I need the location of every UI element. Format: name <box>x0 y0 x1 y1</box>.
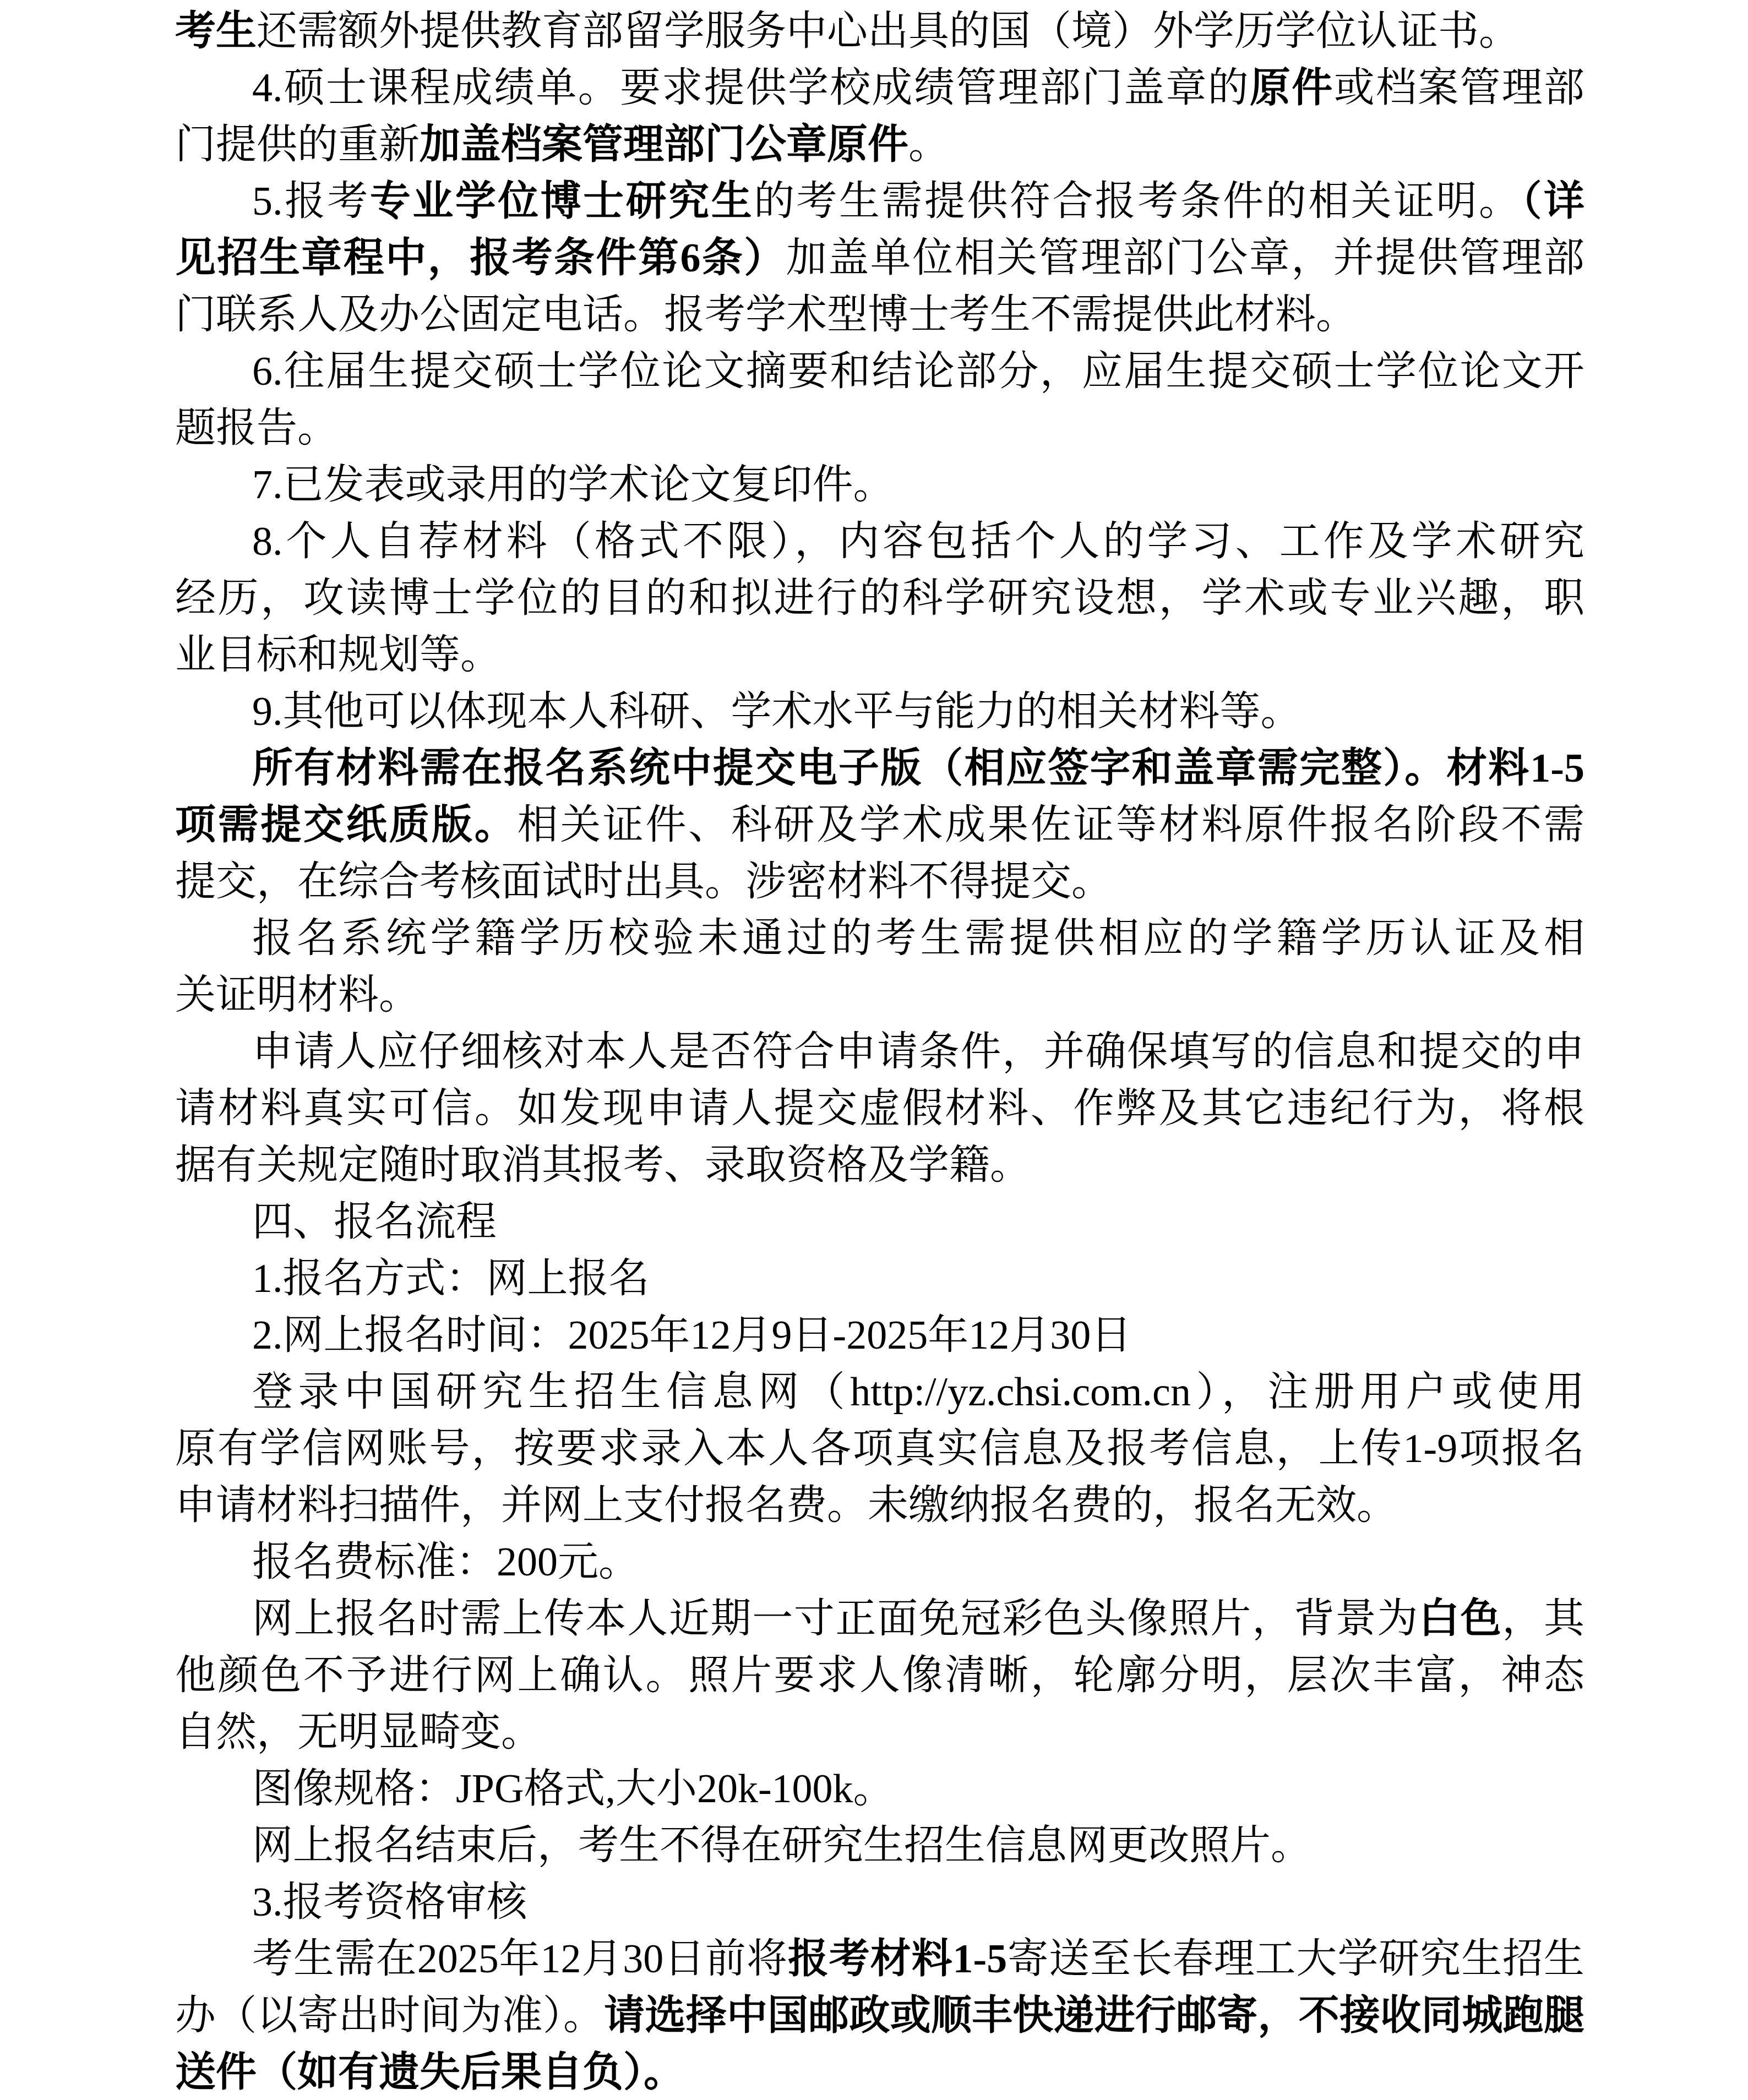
text-run: 7.已发表或录用的学术论文复印件。 <box>252 462 894 508</box>
text-run: 据有关规定随时取消其报考、录取资格及学籍。 <box>175 1143 1031 1188</box>
bold-text-run: 项需提交纸质版。 <box>175 803 518 848</box>
text-run: 关证明材料。 <box>175 973 420 1018</box>
text-line: 他颜色不予进行网上确认。照片要求人像清晰，轮廓分明，层次丰富，神态 <box>175 1648 1584 1704</box>
text-run: 自然，无明显畸变。 <box>175 1710 542 1755</box>
text-line: 1.报名方式：网上报名 <box>175 1251 1584 1307</box>
text-line: 原有学信网账号，按要求录入本人各项真实信息及报考信息，上传1-9项报名 <box>175 1421 1584 1477</box>
text-line: 项需提交纸质版。相关证件、科研及学术成果佐证等材料原件报名阶段不需 <box>175 797 1584 854</box>
text-run: 网上报名时需上传本人近期一寸正面免冠彩色头像照片，背景为 <box>252 1596 1419 1641</box>
text-run: 提交，在综合考核面试时出具。涉密材料不得提交。 <box>175 859 1112 904</box>
text-line: 7.已发表或录用的学术论文复印件。 <box>175 457 1584 514</box>
bold-text-run: 专业学位博士研究生 <box>370 179 754 224</box>
bold-text-run: 请选择中国邮政或顺丰快递进行邮寄，不接收同城跑腿 <box>604 1993 1584 2038</box>
text-line: 8.个人自荐材料（格式不限），内容包括个人的学习、工作及学术研究 <box>175 514 1584 570</box>
text-run: 门提供的重新 <box>175 122 420 167</box>
text-run: 4.硕士课程成绩单。要求提供学校成绩管理部门盖章的 <box>252 66 1250 111</box>
text-line: 图像规格：JPG格式,大小20k-100k。 <box>175 1761 1584 1818</box>
text-run: 业目标和规划等。 <box>175 632 501 678</box>
text-run: 经历，攻读博士学位的目的和拟进行的科学研究设想，学术或专业兴趣，职 <box>175 576 1584 621</box>
text-run: 门联系人及办公固定电话。报考学术型博士考生不需提供此材料。 <box>175 292 1357 337</box>
text-run: 9.其他可以体现本人科研、学术水平与能力的相关材料等。 <box>252 689 1302 734</box>
text-run: 四、报名流程 <box>252 1199 497 1245</box>
bold-text-run: （详 <box>1522 179 1584 224</box>
text-line: 3.报考资格审核 <box>175 1874 1584 1931</box>
text-run: 还需额外提供教育部留学服务中心出具的国（境）外学历学位认证书。 <box>257 9 1520 54</box>
bold-text-run: 原件 <box>1250 66 1334 111</box>
text-line: 题报告。 <box>175 400 1584 457</box>
text-run: 题报告。 <box>175 406 338 451</box>
text-line: 报名系统学籍学历校验未通过的考生需提供相应的学籍学历认证及相 <box>175 910 1584 967</box>
text-run: 申请材料扫描件，并网上支付报名费。未缴纳报名费的，报名无效。 <box>175 1483 1397 1528</box>
text-line: 申请材料扫描件，并网上支付报名费。未缴纳报名费的，报名无效。 <box>175 1477 1584 1534</box>
text-line: 6.往届生提交硕士学位论文摘要和结论部分，应届生提交硕士学位论文开 <box>175 343 1584 400</box>
text-run: 原有学信网账号，按要求录入本人各项真实信息及报考信息，上传1-9项报名 <box>175 1426 1584 1471</box>
text-run: 或档案管理部 <box>1334 66 1584 111</box>
text-line: 申请人应仔细核对本人是否符合申请条件，并确保填写的信息和提交的申 <box>175 1024 1584 1081</box>
bold-text-run: 加盖档案管理部门公章原件 <box>420 122 908 167</box>
text-line: 所有材料需在报名系统中提交电子版（相应签字和盖章需完整）。材料1-5 <box>175 740 1584 797</box>
text-line: 送件（如有遗失后果自负）。 <box>175 2044 1584 2100</box>
text-line: 9.其他可以体现本人科研、学术水平与能力的相关材料等。 <box>175 684 1584 740</box>
text-run: 1.报名方式：网上报名 <box>252 1256 650 1301</box>
text-line: 四、报名流程 <box>175 1194 1584 1251</box>
text-run: 他颜色不予进行网上确认。照片要求人像清晰，轮廓分明，层次丰富，神态 <box>175 1653 1584 1698</box>
text-run: 办（以寄出时间为准）。 <box>175 1993 604 2038</box>
text-run: 图像规格：JPG格式,大小20k-100k。 <box>252 1766 894 1812</box>
text-line: 网上报名结束后，考生不得在研究生招生信息网更改照片。 <box>175 1818 1584 1874</box>
text-line: 5.报考专业学位博士研究生的考生需提供符合报考条件的相关证明。（详 <box>175 173 1584 230</box>
text-line: 业目标和规划等。 <box>175 627 1584 684</box>
bold-text-run: 白色 <box>1419 1596 1502 1641</box>
text-run: ，其 <box>1502 1596 1584 1641</box>
text-run: 寄送至长春理工大学研究生招生 <box>1007 1937 1584 1982</box>
text-line: 4.硕士课程成绩单。要求提供学校成绩管理部门盖章的原件或档案管理部 <box>175 60 1584 117</box>
bold-text-run: 送件（如有遗失后果自负）。 <box>175 2050 684 2095</box>
text-run: 8.个人自荐材料（格式不限），内容包括个人的学习、工作及学术研究 <box>252 519 1584 564</box>
text-run: 网上报名结束后，考生不得在研究生招生信息网更改照片。 <box>252 1823 1311 1868</box>
text-line: 办（以寄出时间为准）。请选择中国邮政或顺丰快递进行邮寄，不接收同城跑腿 <box>175 1988 1584 2044</box>
text-line: 登录中国研究生招生信息网（http://yz.chsi.com.cn），注册用户… <box>175 1364 1584 1421</box>
text-run: 登录中国研究生招生信息网（http://yz.chsi.com.cn），注册用户… <box>252 1370 1584 1415</box>
text-run: 的考生需提供符合报考条件的相关证明。 <box>754 179 1521 224</box>
text-run: 3.报考资格审核 <box>252 1880 527 1925</box>
text-run: 报名费标准：200元。 <box>252 1540 639 1585</box>
bold-text-run: 见招生章程中，报考条件第6条） <box>175 236 786 281</box>
text-line: 门提供的重新加盖档案管理部门公章原件。 <box>175 117 1584 173</box>
text-line: 考生需在2025年12月30日前将报考材料1-5寄送至长春理工大学研究生招生 <box>175 1931 1584 1988</box>
text-line: 2.网上报名时间：2025年12月9日-2025年12月30日 <box>175 1307 1584 1364</box>
text-run: 。 <box>908 122 949 167</box>
bold-text-run: 所有材料需在报名系统中提交电子版（相应签字和盖章需完整）。材料1-5 <box>252 746 1584 791</box>
text-run: 申请人应仔细核对本人是否符合申请条件，并确保填写的信息和提交的申 <box>252 1029 1584 1074</box>
text-line: 提交，在综合考核面试时出具。涉密材料不得提交。 <box>175 854 1584 910</box>
text-line: 门联系人及办公固定电话。报考学术型博士考生不需提供此材料。 <box>175 287 1584 343</box>
text-line: 自然，无明显畸变。 <box>175 1704 1584 1761</box>
text-run: 加盖单位相关管理部门公章，并提供管理部 <box>786 236 1584 281</box>
text-run: 报名系统学籍学历校验未通过的考生需提供相应的学籍学历认证及相 <box>252 916 1584 961</box>
document-body: 考生还需额外提供教育部留学服务中心出具的国（境）外学历学位认证书。4.硕士课程成… <box>175 3 1584 2100</box>
text-line: 据有关规定随时取消其报考、录取资格及学籍。 <box>175 1137 1584 1194</box>
text-run: 相关证件、科研及学术成果佐证等材料原件报名阶段不需 <box>518 803 1585 848</box>
text-line: 关证明材料。 <box>175 967 1584 1024</box>
text-line: 经历，攻读博士学位的目的和拟进行的科学研究设想，学术或专业兴趣，职 <box>175 570 1584 627</box>
text-run: 请材料真实可信。如发现申请人提交虚假材料、作弊及其它违纪行为，将根 <box>175 1086 1584 1131</box>
text-line: 网上报名时需上传本人近期一寸正面免冠彩色头像照片，背景为白色，其 <box>175 1591 1584 1648</box>
text-line: 见招生章程中，报考条件第6条）加盖单位相关管理部门公章，并提供管理部 <box>175 230 1584 287</box>
bold-text-run: 考生 <box>175 9 257 54</box>
text-run: 2.网上报名时间：2025年12月9日-2025年12月30日 <box>252 1313 1131 1358</box>
text-run: 5.报考 <box>252 179 370 224</box>
text-run: 6.往届生提交硕士学位论文摘要和结论部分，应届生提交硕士学位论文开 <box>252 349 1584 394</box>
text-run: 考生需在2025年12月30日前将 <box>252 1937 788 1982</box>
document-page: 考生还需额外提供教育部留学服务中心出具的国（境）外学历学位认证书。4.硕士课程成… <box>0 0 1748 2100</box>
bold-text-run: 报考材料1-5 <box>788 1937 1007 1982</box>
text-line: 考生还需额外提供教育部留学服务中心出具的国（境）外学历学位认证书。 <box>175 3 1584 60</box>
text-line: 请材料真实可信。如发现申请人提交虚假材料、作弊及其它违纪行为，将根 <box>175 1081 1584 1137</box>
text-line: 报名费标准：200元。 <box>175 1534 1584 1591</box>
